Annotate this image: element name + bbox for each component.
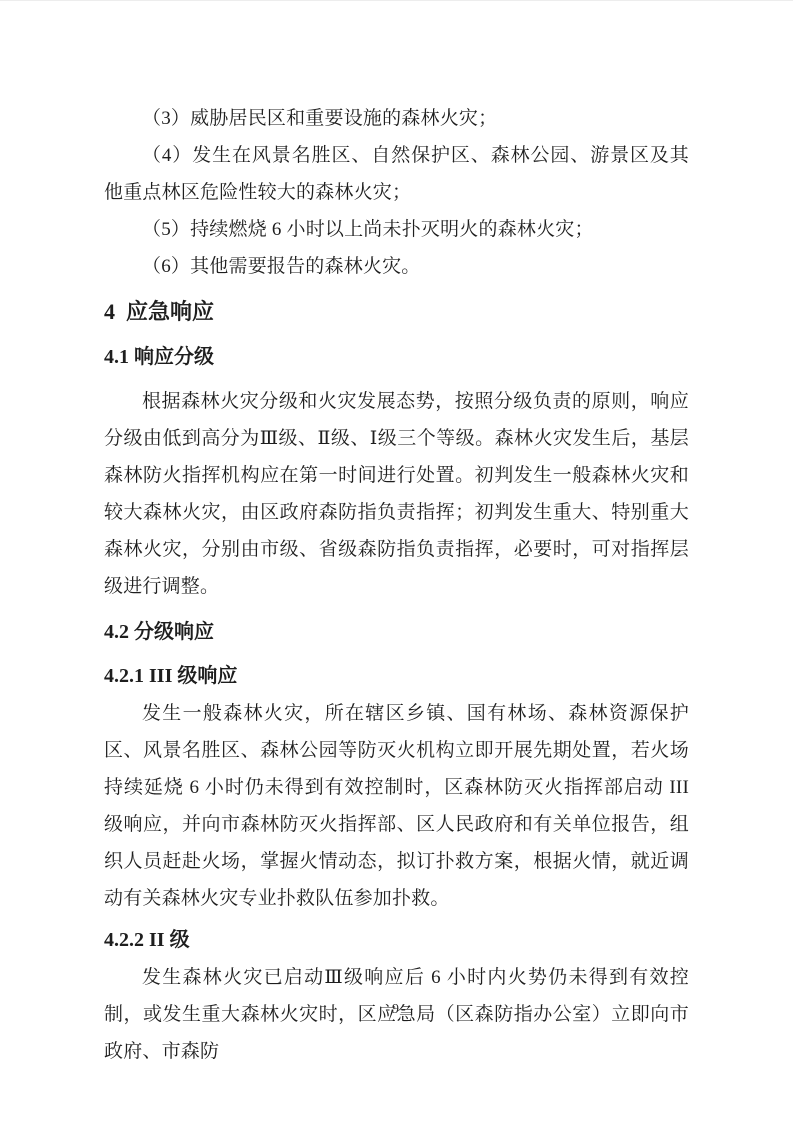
clause-item-6: （6）其他需要报告的森林火灾。: [104, 248, 689, 285]
subsubsection-heading-4-2-1: 4.2.1 III 级响应: [104, 658, 689, 695]
document-page: （3）威胁居民区和重要设施的森林火灾； （4）发生在风景名胜区、自然保护区、森林…: [0, 0, 793, 1122]
document-body: （3）威胁居民区和重要设施的森林火灾； （4）发生在风景名胜区、自然保护区、森林…: [104, 100, 689, 1070]
subsubsection-heading-4-2-2: 4.2.2 II 级: [104, 922, 689, 959]
clause-item-3: （3）威胁居民区和重要设施的森林火灾；: [104, 100, 689, 137]
subsection-heading-4-2: 4.2 分级响应: [104, 614, 689, 651]
section-heading-4: 4 应急响应: [104, 293, 689, 330]
clause-item-5: （5）持续燃烧 6 小时以上尚未扑灭明火的森林火灾；: [104, 211, 689, 248]
clause-item-4: （4）发生在风景名胜区、自然保护区、森林公园、游景区及其他重点林区危险性较大的森…: [104, 137, 689, 211]
subsection-heading-4-1: 4.1 响应分级: [104, 339, 689, 376]
body-paragraph-response-grading: 根据森林火灾分级和火灾发展态势，按照分级负责的原则，响应分级由低到高分为Ⅲ级、Ⅱ…: [104, 383, 689, 605]
page-number: -9-: [0, 1002, 793, 1018]
body-paragraph-level-3-response: 发生一般森林火灾，所在辖区乡镇、国有林场、森林资源保护区、风景名胜区、森林公园等…: [104, 695, 689, 917]
